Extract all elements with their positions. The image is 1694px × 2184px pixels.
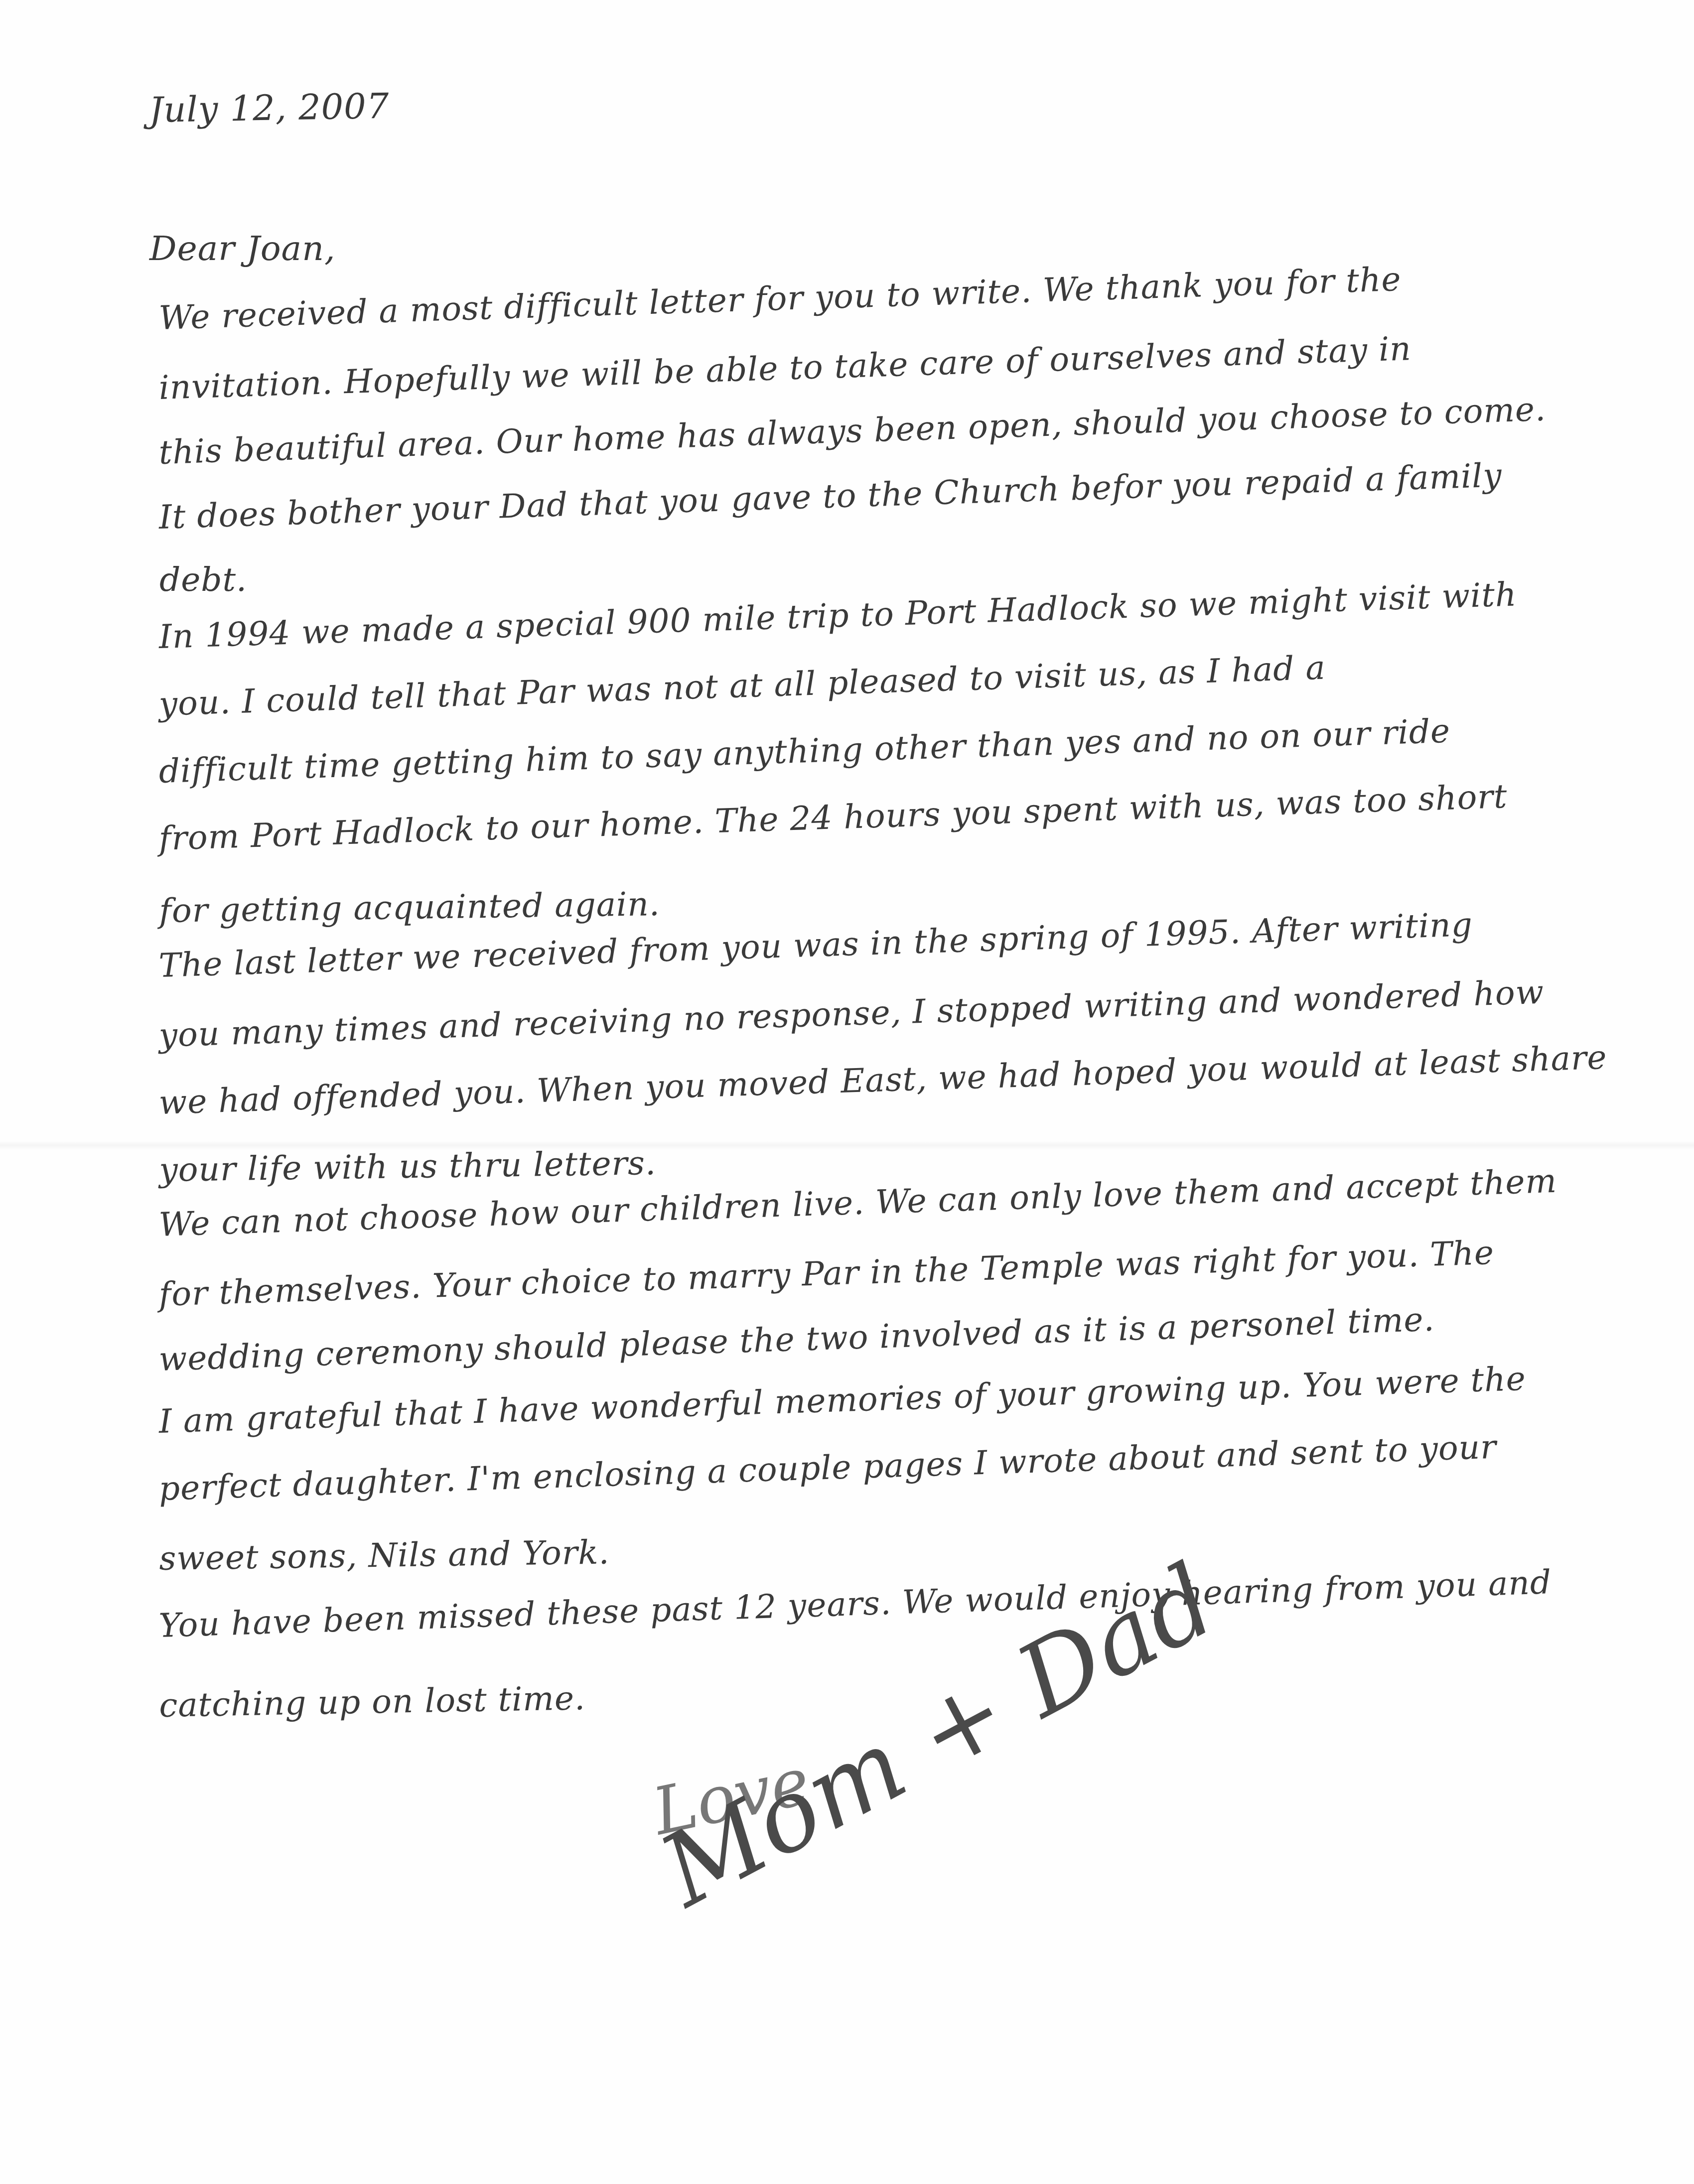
body-line: difficult time getting him to say anythi… <box>158 712 1451 791</box>
letter-salutation: Dear Joan, <box>149 229 336 269</box>
body-line: perfect daughter. I'm enclosing a couple… <box>158 1428 1497 1508</box>
body-line: It does bother your Dad that you gave to… <box>158 456 1503 537</box>
body-line: your life with us thru letters. <box>159 1144 656 1189</box>
body-line: sweet sons, Nils and York. <box>159 1533 610 1578</box>
body-line: invitation. Hopefully we will be able to… <box>158 329 1412 407</box>
body-line: for getting acquainted again. <box>159 885 660 930</box>
body-line: we had offended you. When you moved East… <box>158 1038 1608 1122</box>
body-line: We received a most difficult letter for … <box>158 260 1402 337</box>
body-line: debt. <box>159 560 247 599</box>
body-line: this beautiful area. Our home has always… <box>158 390 1547 472</box>
paper-fold-crease <box>0 1141 1694 1150</box>
body-line: You have been missed these past 12 years… <box>158 1563 1553 1645</box>
letter-date: July 12, 2007 <box>149 86 390 131</box>
body-line: you. I could tell that Par was not at al… <box>158 648 1326 723</box>
body-line: you many times and receiving no response… <box>158 973 1545 1055</box>
body-line: wedding ceremony should please the two i… <box>158 1300 1435 1378</box>
body-line: from Port Hadlock to our home. The 24 ho… <box>158 777 1508 858</box>
body-line: In 1994 we made a special 900 mile trip … <box>158 575 1518 656</box>
letter-page: July 12, 2007 Dear Joan, We received a m… <box>0 0 1694 2184</box>
body-line: for themselves. Your choice to marry Par… <box>158 1233 1495 1314</box>
body-line: catching up on lost time. <box>159 1679 586 1725</box>
